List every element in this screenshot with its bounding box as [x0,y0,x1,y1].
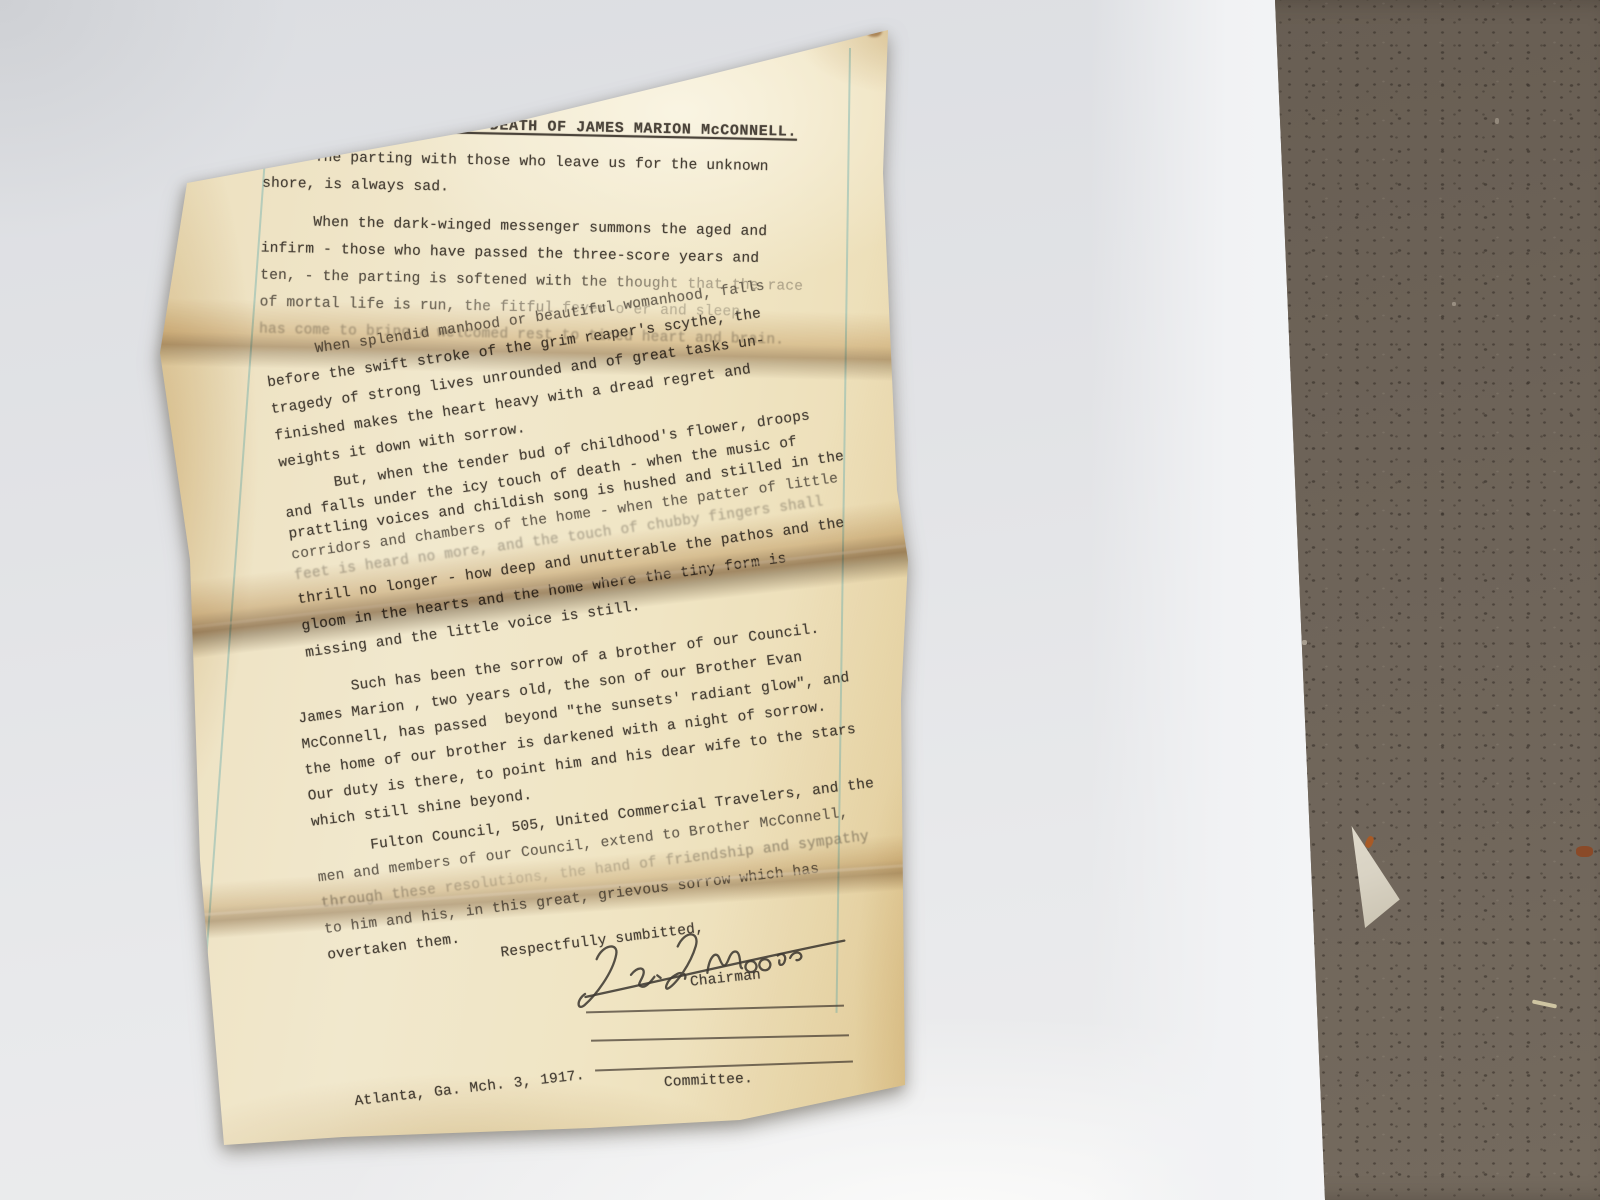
dateline: Atlanta, Ga. Mch. 3, 1917. [353,1063,586,1116]
photo-scene: RESOLUTIONS ON THE DEATH OF JAMES MARION… [0,0,1600,1200]
paper-corner-stain [866,26,882,37]
letter-paper: RESOLUTIONS ON THE DEATH OF JAMES MARION… [150,20,930,1160]
letter-document: RESOLUTIONS ON THE DEATH OF JAMES MARION… [0,0,1600,1200]
signature-blank-line [591,1034,849,1041]
document-title: RESOLUTIONS ON THE DEATH OF JAMES MARION… [307,114,825,142]
committee-label: Committee. [663,1066,753,1097]
